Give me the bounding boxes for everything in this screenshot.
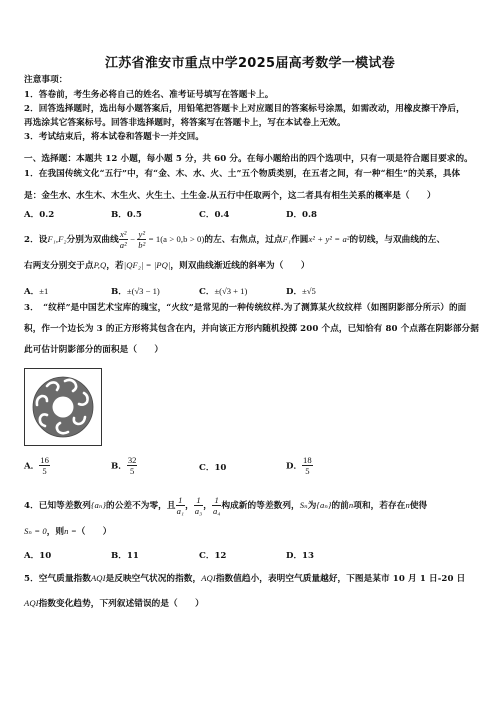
note-item: 3．考试结束后，将本试卷和答题卡一并交回。 <box>24 131 480 143</box>
option-b: B．0.5 <box>111 208 142 220</box>
question-2-text: 右两支分别交于点P,Q，若|QF₂| = |PQ|，则双曲线渐近线的斜率为（ ） <box>24 259 480 272</box>
question-2-text: 2．设F₁,F₂分别为双曲线x²a² − y²b² = 1(a > 0,b > … <box>24 229 480 250</box>
option-d: D．13 <box>286 549 314 561</box>
page-title: 江苏省淮安市重点中学2025届高考数学一模试卷 <box>0 52 500 71</box>
question-3-text: 3． “纹样”是中国艺术宝库的瑰宝，“火纹”是常见的一种传统纹样.为了测算某火纹… <box>24 302 480 314</box>
fire-pattern-figure <box>24 368 102 446</box>
question-3-text: 此可估计阴影部分的面积是（ ） <box>24 344 480 356</box>
section-heading: 一、选择题：本题共 12 小题，每小题 5 分，共 60 分。在每小题给出的四个… <box>24 153 480 165</box>
question-4-text: 4．已知等差数列{aₙ}的公差不为零，且1a₁，1a₃，1a₄构成新的等差数列，… <box>24 494 480 517</box>
question-1-options: A．0.2 B．0.5 C．0.4 D．0.8 <box>24 208 484 220</box>
option-a: A．0.2 <box>24 208 54 220</box>
option-c: C．10 <box>199 461 226 473</box>
fire-pattern-icon <box>25 369 101 445</box>
question-2-options: A．±1 B．±(√3 − 1) C．±(√3 + 1) D．±√5 <box>24 285 484 299</box>
question-1-text: 1．在我国传统文化“五行”中，有“金、木、水、火、土”五个物质类别，在五者之间，… <box>24 168 480 180</box>
note-item: 再选涂其它答案标号。回答非选择题时，将答案写在答题卡上，写在本试卷上无效。 <box>24 117 480 129</box>
option-a: A．165 <box>24 455 50 476</box>
option-d: D．185 <box>286 455 313 476</box>
note-item: 2．回答选择题时，选出每小题答案后，用铅笔把答题卡上对应题目的答案标号涂黑，如需… <box>24 103 480 115</box>
option-d: D．0.8 <box>286 208 317 220</box>
option-c: C．±(√3 + 1) <box>199 285 247 297</box>
question-5-text: AQI指数变化趋势，下列叙述错误的是（ ） <box>24 597 480 610</box>
note-item: 1．答卷前，考生务必将自己的姓名、准考证号填写在答题卡上。 <box>24 89 480 101</box>
option-c: C．12 <box>199 549 226 561</box>
question-4-options: A．10 B．11 C．12 D．13 <box>24 549 484 561</box>
exam-page: 江苏省淮安市重点中学2025届高考数学一模试卷 注意事项： 1．答卷前，考生务必… <box>0 0 500 707</box>
option-b: B．325 <box>111 455 137 476</box>
question-4-text: Sₙ = 0，则n =（ ） <box>24 525 480 538</box>
option-d: D．±√5 <box>286 285 316 297</box>
question-5-text: 5．空气质量指数AQI是反映空气状况的指数，AQI指数值趋小，表明空气质量越好，… <box>24 572 480 585</box>
option-a: A．±1 <box>24 285 48 297</box>
question-3-options: A．165 B．325 C．10 D．185 <box>24 455 484 479</box>
question-1-text: 是：金生水、水生木、木生火、火生土、土生金.从五行中任取两个，这二者具有相生关系… <box>24 190 480 202</box>
option-b: B．11 <box>111 549 139 561</box>
notes-heading: 注意事项： <box>24 74 480 86</box>
option-a: A．10 <box>24 549 51 561</box>
option-b: B．±(√3 − 1) <box>111 285 160 297</box>
question-3-text: 积，作一个边长为 3 的正方形将其包含在内，并向该正方形内随机投掷 200 个点… <box>24 323 480 335</box>
option-c: C．0.4 <box>199 208 229 220</box>
